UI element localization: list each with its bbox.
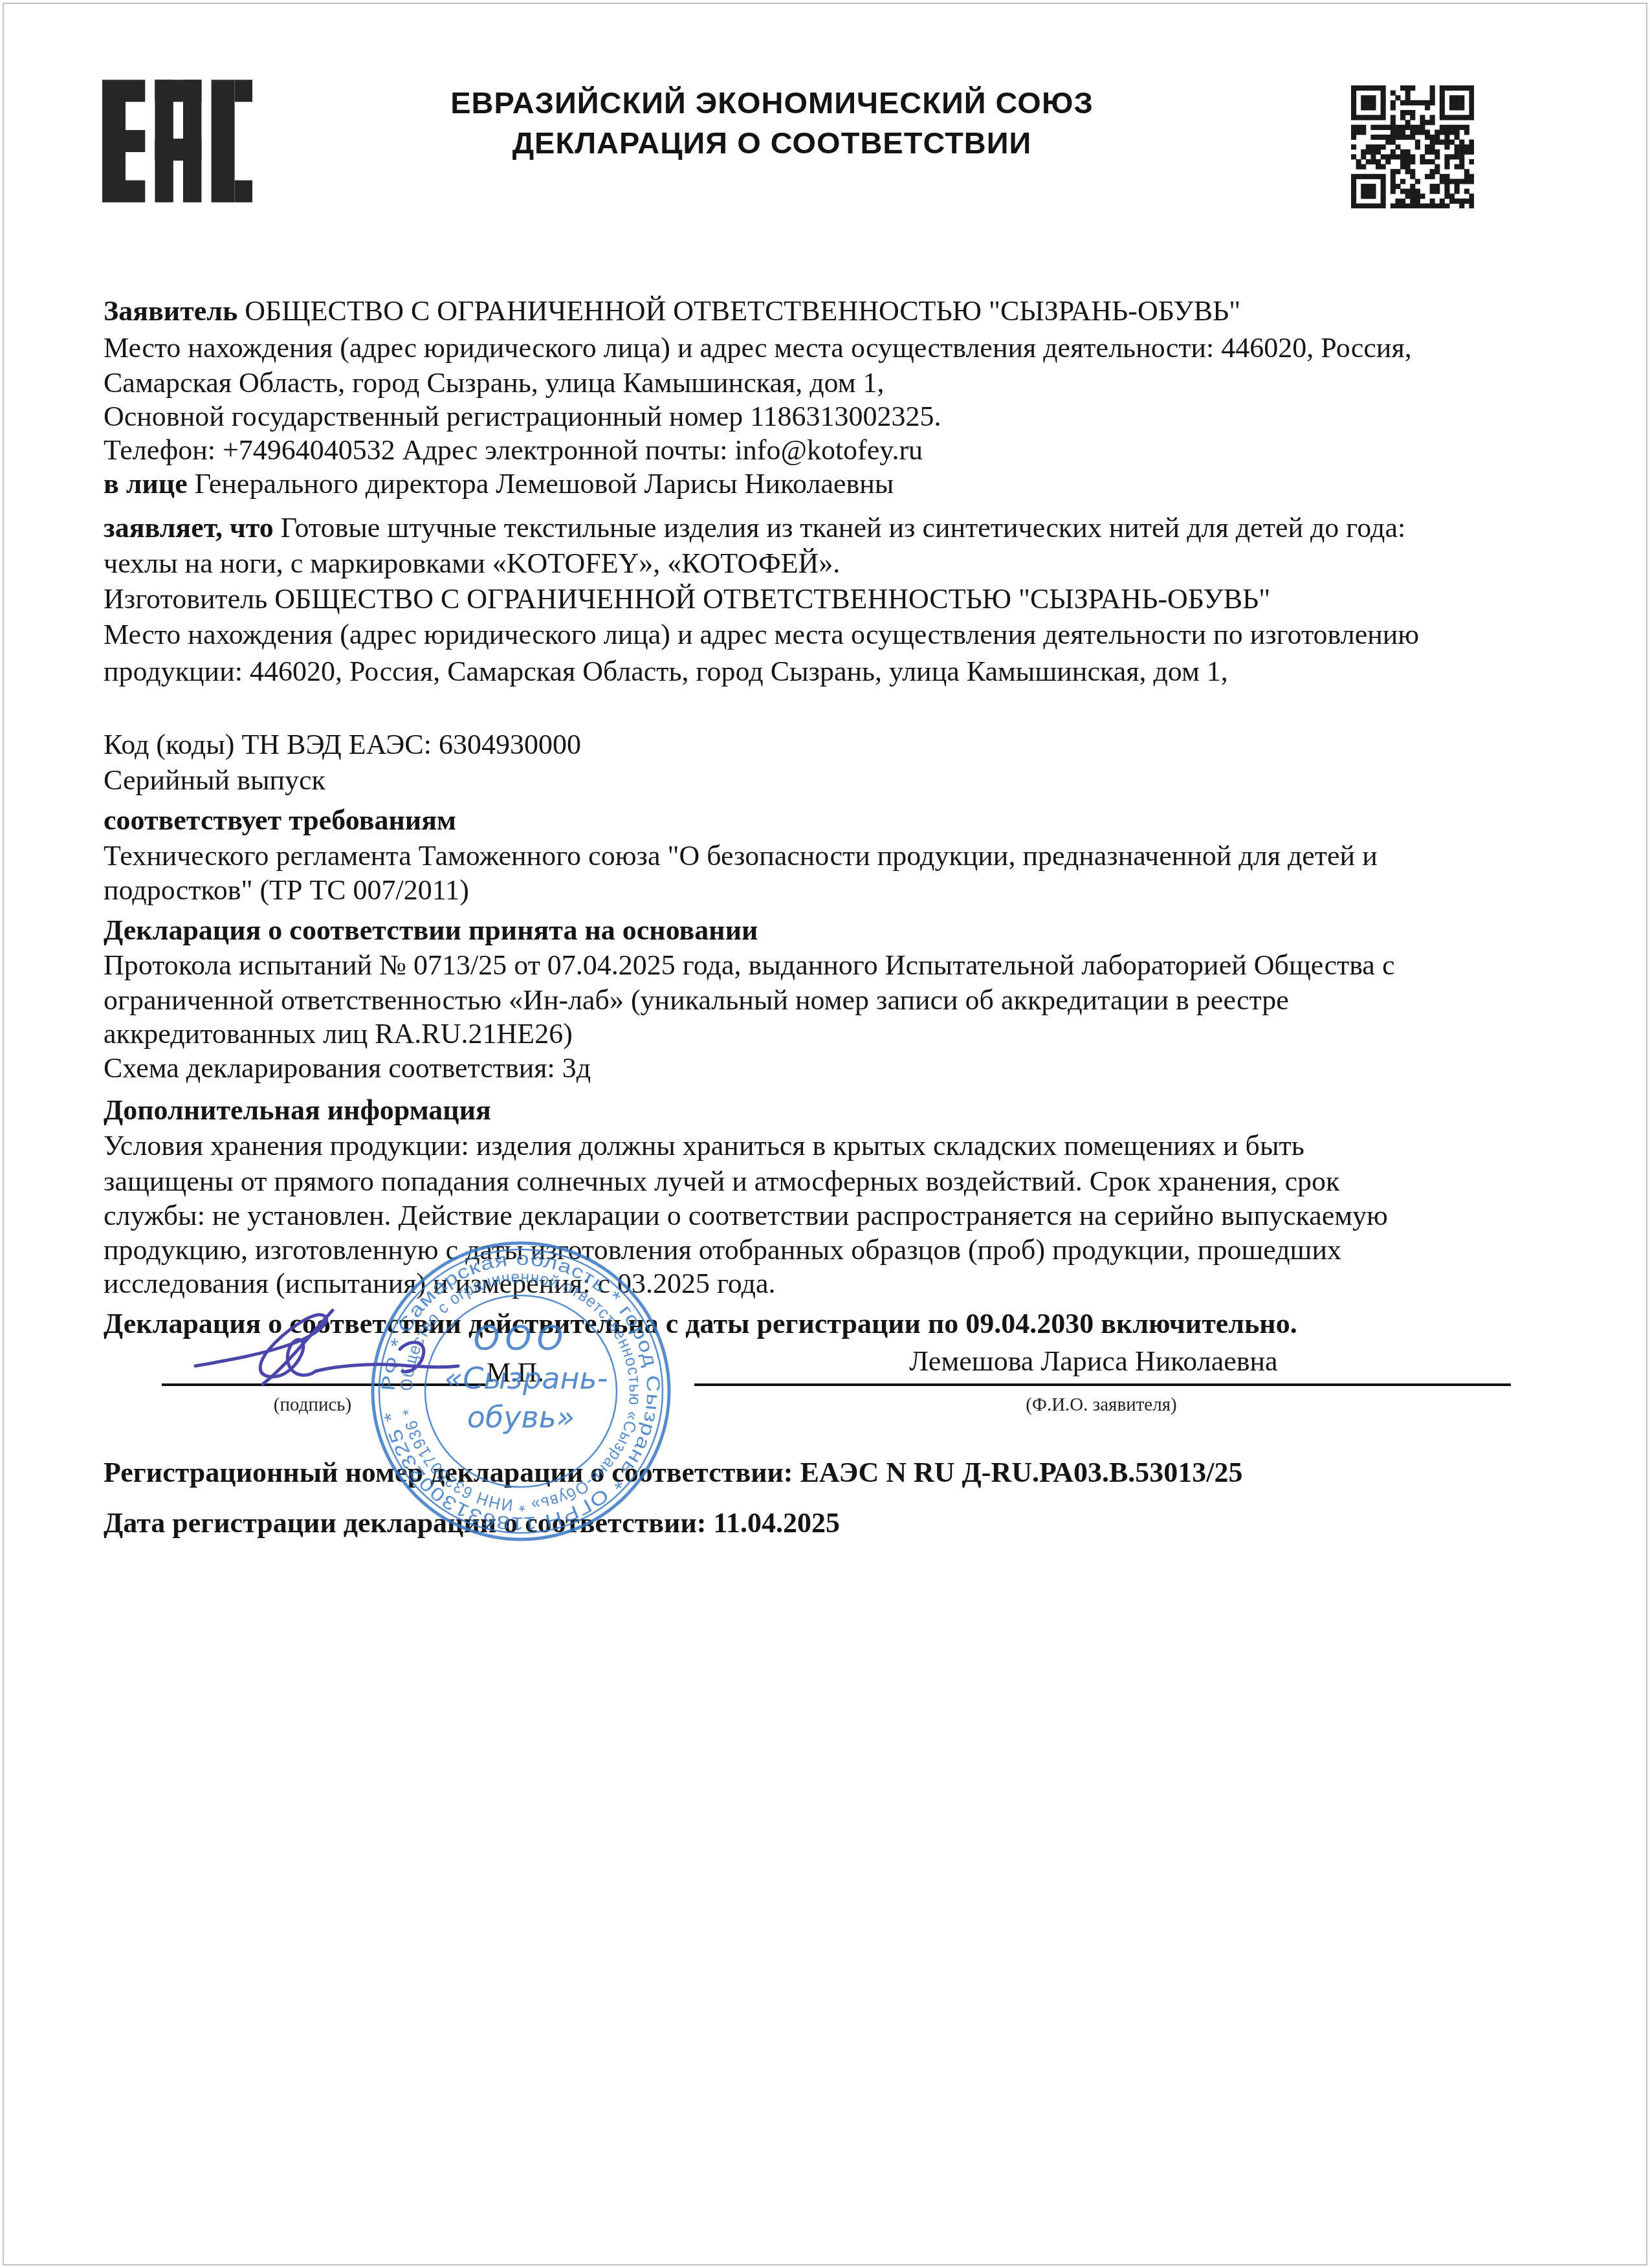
document-line: соответствует требованиям [104, 804, 456, 837]
document-line: Основной государственный регистрационный… [104, 400, 941, 434]
text-segment: продукцию, изготовленную с даты изготовл… [104, 1234, 1341, 1266]
name-caption: (Ф.И.О. заявителя) [940, 1394, 1263, 1416]
text-segment: защищены от прямого попадания солнечных … [104, 1165, 1339, 1197]
document-line: Заявитель ОБЩЕСТВО С ОГРАНИЧЕННОЙ ОТВЕТС… [104, 294, 1240, 328]
text-segment: Самарская Область, город Сызрань, улица … [104, 367, 885, 399]
document-line: Условия хранения продукции: изделия долж… [104, 1129, 1304, 1163]
text-segment: Регистрационный номер декларации о соотв… [104, 1457, 1243, 1488]
document-line: Изготовитель ОБЩЕСТВО С ОГРАНИЧЕННОЙ ОТВ… [104, 582, 1270, 616]
text-segment: Серийный выпуск [104, 764, 325, 796]
text-segment: Протокола испытаний № 0713/25 от 07.04.2… [104, 949, 1394, 981]
document-line: в лице Генерального директора Лемешовой … [104, 467, 894, 501]
text-segment: Декларация о соответствии принята на осн… [104, 914, 758, 946]
stamp-center-line3: обувь» [467, 1400, 575, 1435]
text-segment: Заявитель [104, 295, 245, 327]
document-line: Место нахождения (адрес юридического лиц… [104, 331, 1412, 365]
title-line-1: ЕВРАЗИЙСКИЙ ЭКОНОМИЧЕСКИЙ СОЮЗ [384, 83, 1160, 123]
document-line: Дополнительная информация [104, 1094, 491, 1127]
eac-letters [102, 80, 252, 202]
text-segment: продукции: 446020, Россия, Самарская Обл… [104, 655, 1228, 687]
declaration-document: ЕВРАЗИЙСКИЙ ЭКОНОМИЧЕСКИЙ СОЮЗ ДЕКЛАРАЦИ… [0, 0, 1650, 2268]
text-segment: Основной государственный регистрационный… [104, 401, 941, 432]
text-segment: подростков" (ТР ТС 007/2011) [104, 874, 469, 906]
text-segment: ОБЩЕСТВО С ОГРАНИЧЕННОЙ ОТВЕТСТВЕННОСТЬЮ… [245, 295, 1240, 327]
text-segment: Код (коды) ТН ВЭД ЕАЭС: 6304930000 [104, 729, 581, 760]
text-segment: ограниченной ответственностью «Ин-лаб» (… [104, 984, 1289, 1016]
document-line: продукции: 446020, Россия, Самарская Обл… [104, 655, 1228, 688]
text-segment: чехлы на ноги, с маркировками «KOTOFEY»,… [104, 547, 840, 579]
document-line: Схема декларирования соответствия: 3д [104, 1051, 591, 1085]
qr-code [1351, 85, 1474, 208]
document-line: Телефон: +74964040532 Адрес электронной … [104, 434, 923, 467]
document-line: Декларация о соответствии принята на осн… [104, 914, 758, 947]
document-line: Серийный выпуск [104, 764, 325, 797]
applicant-name-rule [694, 1383, 1511, 1386]
text-segment: службы: не установлен. Действие декларац… [104, 1200, 1388, 1231]
document-line: Самарская Область, город Сызрань, улица … [104, 366, 885, 400]
text-segment: Место нахождения (адрес юридического лиц… [104, 619, 1419, 650]
document-line: подростков" (ТР ТС 007/2011) [104, 874, 469, 907]
text-segment: Телефон: +74964040532 Адрес электронной … [104, 434, 923, 466]
document-line: ограниченной ответственностью «Ин-лаб» (… [104, 984, 1289, 1017]
text-segment: Изготовитель ОБЩЕСТВО С ОГРАНИЧЕННОЙ ОТВ… [104, 583, 1270, 615]
title-line-2: ДЕКЛАРАЦИЯ О СООТВЕТСТВИИ [384, 123, 1160, 163]
text-segment: аккредитованных лиц RA.RU.21НЕ26) [104, 1018, 573, 1050]
text-segment: заявляет, что [104, 512, 281, 544]
document-line: Код (коды) ТН ВЭД ЕАЭС: 6304930000 [104, 728, 581, 762]
document-line: аккредитованных лиц RA.RU.21НЕ26) [104, 1017, 573, 1051]
text-segment: Место нахождения (адрес юридического лиц… [104, 332, 1412, 364]
document-line: заявляет, что Готовые штучные текстильны… [104, 511, 1405, 545]
document-line: защищены от прямого попадания солнечных … [104, 1165, 1339, 1198]
document-title: ЕВРАЗИЙСКИЙ ЭКОНОМИЧЕСКИЙ СОЮЗ ДЕКЛАРАЦИ… [384, 83, 1160, 163]
text-segment: соответствует требованиям [104, 804, 456, 836]
text-segment: Генерального директора Лемешовой Ларисы … [195, 468, 894, 500]
document-line: Протокола испытаний № 0713/25 от 07.04.2… [104, 949, 1394, 982]
document-line: Технического регламента Таможенного союз… [104, 839, 1378, 873]
handwritten-signature [186, 1304, 490, 1394]
document-line: продукцию, изготовленную с даты изготовл… [104, 1233, 1341, 1267]
document-line: Место нахождения (адрес юридического лиц… [104, 618, 1419, 652]
signature-caption: (подпись) [248, 1394, 377, 1416]
text-segment: Готовые штучные текстильные изделия из т… [281, 512, 1405, 544]
text-segment: Дополнительная информация [104, 1094, 491, 1126]
applicant-name: Лемешова Лариса Николаевна [893, 1345, 1294, 1378]
text-segment: Схема декларирования соответствия: 3д [104, 1052, 591, 1084]
document-line: Регистрационный номер декларации о соотв… [104, 1456, 1243, 1490]
document-line: службы: не установлен. Действие декларац… [104, 1199, 1388, 1233]
text-segment: в лице [104, 468, 195, 500]
document-line: чехлы на ноги, с маркировками «KOTOFEY»,… [104, 547, 840, 580]
eac-logo [102, 76, 252, 206]
text-segment: Условия хранения продукции: изделия долж… [104, 1130, 1304, 1162]
signature-strokes [195, 1310, 458, 1384]
text-segment: Технического регламента Таможенного союз… [104, 840, 1378, 872]
